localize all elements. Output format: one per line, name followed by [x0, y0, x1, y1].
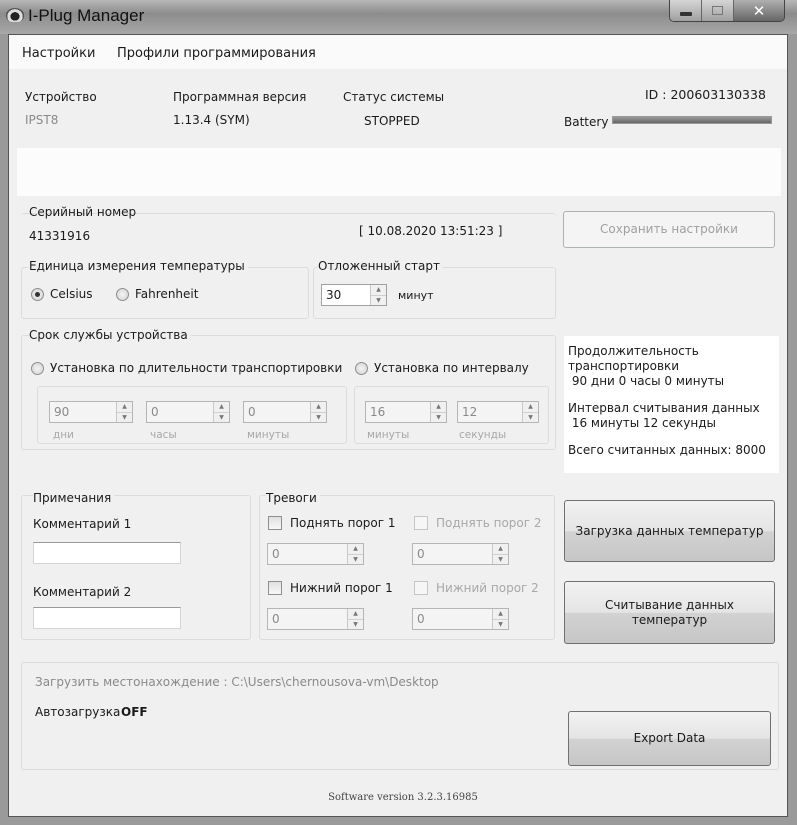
duration-hours-stepper[interactable]: 0 ▲▼ — [146, 401, 230, 423]
days-unit: дни — [53, 429, 74, 441]
by-interval-radio[interactable]: Установка по интервалу — [355, 361, 529, 375]
spin-up-icon[interactable]: ▲ — [493, 609, 508, 620]
summary-panel: Продолжительность транспортировки 90 дни… — [564, 336, 779, 473]
comment2-input[interactable] — [33, 607, 181, 629]
menu-settings[interactable]: Настройки — [22, 46, 95, 61]
upload-temperature-data-button[interactable]: Загрузка данных температур — [564, 500, 775, 562]
high-threshold-1-label: Поднять порог 1 — [290, 516, 396, 530]
delayed-start-unit: минут — [398, 289, 434, 302]
checkbox-unchecked-icon — [414, 581, 428, 595]
spin-up-icon[interactable]: ▲ — [311, 402, 326, 413]
duration-title: Продолжительность транспортировки — [568, 344, 699, 373]
low-threshold-2-label: Нижний порог 2 — [436, 581, 539, 595]
hours-unit: часы — [150, 429, 177, 441]
delayed-start-stepper[interactable]: 30 ▲▼ — [321, 284, 387, 306]
stepper-arrows: ▲▼ — [522, 402, 538, 422]
total-records: Всего считанных данных: 8000 — [568, 443, 775, 458]
radio-checked-icon — [31, 288, 44, 301]
fahrenheit-radio[interactable]: Fahrenheit — [116, 287, 198, 301]
interval-minutes-stepper[interactable]: 16 ▲▼ — [365, 401, 447, 423]
by-duration-radio[interactable]: Установка по длительности транспортировк… — [31, 361, 342, 375]
interval-minutes-unit: минуты — [367, 429, 409, 441]
spin-down-icon[interactable]: ▼ — [117, 413, 132, 423]
spin-up-icon[interactable]: ▲ — [431, 402, 446, 413]
delayed-start-value: 30 — [322, 285, 370, 305]
minimize-button[interactable] — [670, 0, 702, 21]
high-threshold-1-stepper[interactable]: 0 ▲▼ — [267, 543, 364, 565]
checkbox-unchecked-icon — [414, 516, 428, 530]
maximize-button[interactable] — [702, 0, 734, 21]
battery-bar — [612, 116, 772, 124]
interval-seconds-unit: секунды — [459, 429, 506, 441]
stepper-arrows: ▲▼ — [310, 402, 326, 422]
spin-down-icon[interactable]: ▼ — [214, 413, 229, 423]
stepper-arrows: ▲▼ — [430, 402, 446, 422]
high-threshold-2-value: 0 — [413, 544, 492, 564]
menu-programming-profiles[interactable]: Профили программирования — [117, 46, 316, 61]
low-threshold-1-checkbox[interactable]: Нижний порог 1 — [268, 581, 393, 595]
device-datetime: [ 10.08.2020 13:51:23 ] — [359, 224, 502, 238]
radio-unchecked-icon — [31, 362, 44, 375]
low-threshold-2-checkbox[interactable]: Нижний порог 2 — [414, 581, 539, 595]
spin-down-icon[interactable]: ▼ — [493, 620, 508, 630]
spin-up-icon[interactable]: ▲ — [214, 402, 229, 413]
software-version: Software version 3.2.3.16985 — [9, 792, 787, 803]
title-bar: I-Plug Manager ✕ — [0, 0, 797, 34]
high-threshold-1-checkbox[interactable]: Поднять порог 1 — [268, 516, 396, 530]
checkbox-unchecked-icon — [268, 516, 282, 530]
minutes-unit: минуты — [247, 429, 289, 441]
spin-down-icon[interactable]: ▼ — [348, 620, 363, 630]
stepper-arrows: ▲▼ — [347, 609, 363, 629]
by-interval-label: Установка по интервалу — [374, 361, 529, 375]
high-threshold-2-stepper[interactable]: 0 ▲▼ — [412, 543, 509, 565]
comment1-label: Комментарий 1 — [33, 517, 131, 531]
device-value: IPST8 — [25, 113, 58, 127]
spin-down-icon[interactable]: ▼ — [431, 413, 446, 423]
app-icon — [6, 8, 24, 22]
autoload-label: Автозагрузка — [35, 705, 120, 719]
main-window: Настройки Профили программирования Устро… — [8, 34, 788, 817]
save-settings-button[interactable]: Сохранить настройки — [563, 211, 775, 248]
low-threshold-1-value: 0 — [268, 609, 347, 629]
interval-minutes-value: 16 — [366, 402, 430, 422]
spin-up-icon[interactable]: ▲ — [348, 609, 363, 620]
low-threshold-1-label: Нижний порог 1 — [290, 581, 393, 595]
comment2-label: Комментарий 2 — [33, 585, 131, 599]
interval-value: 16 минуты 12 секунды — [568, 416, 716, 430]
stepper-arrows: ▲▼ — [370, 285, 386, 305]
spin-down-icon[interactable]: ▼ — [348, 555, 363, 565]
lifetime-label: Срок службы устройства — [29, 328, 191, 342]
low-threshold-2-value: 0 — [413, 609, 492, 629]
spin-up-icon[interactable]: ▲ — [348, 544, 363, 555]
spin-up-icon[interactable]: ▲ — [117, 402, 132, 413]
export-data-button[interactable]: Export Data — [568, 711, 771, 766]
by-duration-label: Установка по длительности транспортировк… — [50, 361, 342, 375]
minutes-value: 0 — [244, 402, 310, 422]
radio-unchecked-icon — [355, 362, 368, 375]
window-title: I-Plug Manager — [28, 6, 144, 26]
system-status-value: STOPPED — [364, 114, 420, 128]
status-message-area — [17, 148, 781, 196]
notes-label: Примечания — [33, 491, 114, 505]
spin-up-icon[interactable]: ▲ — [371, 285, 386, 296]
spin-down-icon[interactable]: ▼ — [311, 413, 326, 423]
duration-days-stepper[interactable]: 90 ▲▼ — [49, 401, 133, 423]
fahrenheit-label: Fahrenheit — [135, 287, 198, 301]
system-status-label: Статус системы — [343, 90, 444, 104]
celsius-radio[interactable]: Celsius — [31, 287, 93, 301]
interval-title: Интервал считывания данных — [568, 401, 760, 415]
low-threshold-1-stepper[interactable]: 0 ▲▼ — [267, 608, 364, 630]
firmware-value: 1.13.4 (SYM) — [173, 113, 250, 127]
interval-seconds-stepper[interactable]: 12 ▲▼ — [457, 401, 539, 423]
device-label: Устройство — [25, 90, 97, 104]
close-icon: ✕ — [753, 2, 766, 20]
low-threshold-2-stepper[interactable]: 0 ▲▼ — [412, 608, 509, 630]
stepper-arrows: ▲▼ — [347, 544, 363, 564]
serial-label: Серийный номер — [29, 205, 136, 219]
download-location: Загрузить местонахождение : C:\Users\che… — [35, 675, 439, 689]
firmware-label: Программная версия — [173, 90, 306, 104]
read-temperature-data-button[interactable]: Считывание данных температур — [564, 581, 775, 644]
duration-minutes-stepper[interactable]: 0 ▲▼ — [243, 401, 327, 423]
battery-label: Battery — [564, 115, 608, 129]
celsius-label: Celsius — [50, 287, 93, 301]
spin-down-icon[interactable]: ▼ — [493, 555, 508, 565]
device-id: ID : 200603130338 — [645, 87, 766, 102]
comment1-input[interactable] — [33, 542, 181, 564]
high-threshold-2-checkbox[interactable]: Поднять порог 2 — [414, 516, 542, 530]
duration-value: 90 дни 0 часы 0 минуты — [568, 374, 724, 388]
interval-seconds-value: 12 — [458, 402, 522, 422]
alarms-label: Тревоги — [266, 491, 320, 505]
stepper-arrows: ▲▼ — [116, 402, 132, 422]
stepper-arrows: ▲▼ — [213, 402, 229, 422]
radio-unchecked-icon — [116, 288, 129, 301]
spin-up-icon[interactable]: ▲ — [493, 544, 508, 555]
stepper-arrows: ▲▼ — [492, 609, 508, 629]
days-value: 90 — [50, 402, 116, 422]
delayed-start-label: Отложенный старт — [318, 259, 443, 273]
minimize-icon — [680, 12, 692, 16]
checkbox-unchecked-icon — [268, 581, 282, 595]
stepper-arrows: ▲▼ — [492, 544, 508, 564]
battery-fill — [613, 117, 771, 123]
close-button[interactable]: ✕ — [734, 0, 784, 21]
menu-bar: Настройки Профили программирования — [9, 35, 787, 69]
maximize-icon — [712, 6, 723, 15]
high-threshold-2-label: Поднять порог 2 — [436, 516, 542, 530]
high-threshold-1-value: 0 — [268, 544, 347, 564]
window-controls: ✕ — [669, 0, 785, 22]
hours-value: 0 — [147, 402, 213, 422]
autoload-value: OFF — [121, 705, 148, 719]
temperature-unit-label: Единица измерения температуры — [29, 259, 248, 273]
serial-value: 41331916 — [29, 229, 90, 243]
spin-up-icon[interactable]: ▲ — [523, 402, 538, 413]
spin-down-icon[interactable]: ▼ — [371, 296, 386, 306]
spin-down-icon[interactable]: ▼ — [523, 413, 538, 423]
